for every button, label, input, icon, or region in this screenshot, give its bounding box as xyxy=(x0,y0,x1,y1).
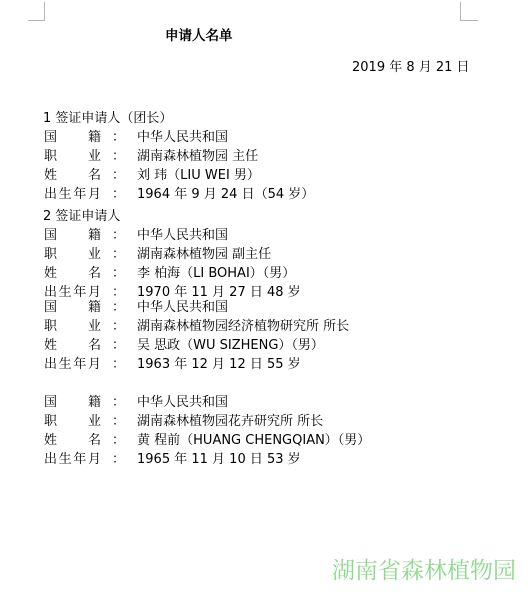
field-colon: ： xyxy=(112,393,125,412)
margin-crop-mark-top-left-icon xyxy=(28,2,45,21)
field-row-name: 姓名：吴 思政（WU SIZHENG）（男） xyxy=(44,336,349,355)
field-value: 1964 年 9 月 24 日（54 岁） xyxy=(137,185,314,204)
field-label: 姓名 xyxy=(44,264,101,283)
field-value: 吴 思政（WU SIZHENG）（男） xyxy=(137,336,324,355)
field-colon: ： xyxy=(112,128,125,147)
field-label: 国籍 xyxy=(44,393,101,412)
applicant-block-1: 1 签证申请人（团长） 国籍：中华人民共和国 职业：湖南森林植物园 主任 姓名：… xyxy=(44,109,314,204)
field-value: 中华人民共和国 xyxy=(137,226,228,245)
field-row-name: 姓名：黄 程前（HUANG CHENGQIAN）（男） xyxy=(44,431,370,450)
field-colon: ： xyxy=(112,336,125,355)
field-colon: ： xyxy=(112,245,125,264)
field-row-occupation: 职业：湖南森林植物园 副主任 xyxy=(44,245,301,264)
field-colon: ： xyxy=(112,226,125,245)
field-label: 职业 xyxy=(44,412,101,431)
field-value: 刘 玮（LIU WEI 男） xyxy=(137,166,260,185)
field-value: 黄 程前（HUANG CHENGQIAN）（男） xyxy=(137,431,370,450)
field-value: 湖南森林植物园花卉研究所 所长 xyxy=(137,412,323,431)
green-watermark-text: 湖南省森林植物园 xyxy=(332,558,516,585)
field-colon: ： xyxy=(112,166,125,185)
applicant-header: 1 签证申请人（团长） xyxy=(43,109,314,128)
field-row-nationality: 国籍：中华人民共和国 xyxy=(44,128,314,147)
field-value: 湖南森林植物园 主任 xyxy=(137,147,258,166)
field-colon: ： xyxy=(112,431,125,450)
field-colon: ： xyxy=(112,450,125,469)
field-label: 国籍 xyxy=(44,128,101,147)
field-colon: ： xyxy=(112,264,125,283)
field-label: 姓名 xyxy=(44,166,101,185)
field-label: 出生年月 xyxy=(44,450,101,469)
field-value: 湖南森林植物园经济植物研究所 所长 xyxy=(137,317,349,336)
field-row-occupation: 职业：湖南森林植物园花卉研究所 所长 xyxy=(44,412,370,431)
field-row-birthdate: 出生年月：1965 年 11 月 10 日 53 岁 xyxy=(44,450,370,469)
applicant-block-3: 国籍：中华人民共和国 职业：湖南森林植物园经济植物研究所 所长 姓名：吴 思政（… xyxy=(44,298,349,374)
field-label: 出生年月 xyxy=(44,355,101,374)
field-label: 出生年月 xyxy=(44,185,101,204)
field-colon: ： xyxy=(112,147,125,166)
applicant-block-2: 2 签证申请人 国籍：中华人民共和国 职业：湖南森林植物园 副主任 姓名：李 柏… xyxy=(44,207,301,302)
field-row-birthdate: 出生年月：1964 年 9 月 24 日（54 岁） xyxy=(44,185,314,204)
field-row-nationality: 国籍：中华人民共和国 xyxy=(44,298,349,317)
field-label: 职业 xyxy=(44,245,101,264)
field-label: 姓名 xyxy=(44,336,101,355)
field-row-nationality: 国籍：中华人民共和国 xyxy=(44,226,301,245)
field-label: 国籍 xyxy=(44,226,101,245)
field-colon: ： xyxy=(112,317,125,336)
field-label: 职业 xyxy=(44,147,101,166)
field-row-name: 姓名：李 柏海（LI BOHAI）（男） xyxy=(44,264,301,283)
margin-crop-mark-top-right-icon xyxy=(460,2,478,21)
field-colon: ： xyxy=(112,185,125,204)
document-page: 申请人名单 2019 年 8 月 21 日 1 签证申请人（团长） 国籍：中华人… xyxy=(0,0,528,595)
field-row-name: 姓名：刘 玮（LIU WEI 男） xyxy=(44,166,314,185)
field-label: 姓名 xyxy=(44,431,101,450)
document-title: 申请人名单 xyxy=(165,29,233,44)
field-row-occupation: 职业：湖南森林植物园经济植物研究所 所长 xyxy=(44,317,349,336)
field-value: 1965 年 11 月 10 日 53 岁 xyxy=(137,450,301,469)
field-row-nationality: 国籍：中华人民共和国 xyxy=(44,393,370,412)
field-value: 1963 年 12 月 12 日 55 岁 xyxy=(137,355,301,374)
field-value: 中华人民共和国 xyxy=(137,128,228,147)
field-label: 国籍 xyxy=(44,298,101,317)
applicant-header: 2 签证申请人 xyxy=(43,207,301,226)
field-value: 湖南森林植物园 副主任 xyxy=(137,245,271,264)
field-value: 李 柏海（LI BOHAI）（男） xyxy=(137,264,295,283)
field-colon: ： xyxy=(112,355,125,374)
field-colon: ： xyxy=(112,298,125,317)
field-colon: ： xyxy=(112,412,125,431)
field-value: 中华人民共和国 xyxy=(137,393,228,412)
field-row-occupation: 职业：湖南森林植物园 主任 xyxy=(44,147,314,166)
document-date: 2019 年 8 月 21 日 xyxy=(352,60,470,75)
field-row-birthdate: 出生年月：1963 年 12 月 12 日 55 岁 xyxy=(44,355,349,374)
field-label: 职业 xyxy=(44,317,101,336)
applicant-block-4: 国籍：中华人民共和国 职业：湖南森林植物园花卉研究所 所长 姓名：黄 程前（HU… xyxy=(44,393,370,469)
field-value: 中华人民共和国 xyxy=(137,298,228,317)
